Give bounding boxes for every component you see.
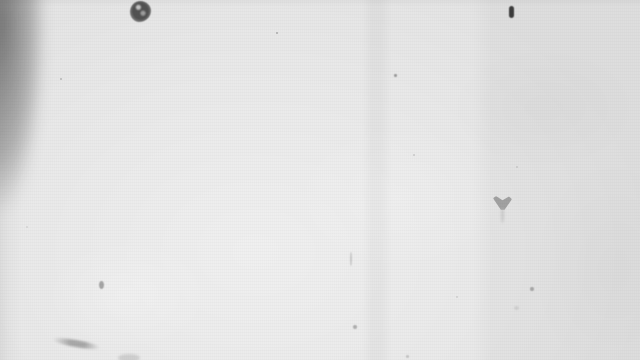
film-frame bbox=[0, 0, 640, 360]
film-grain-overlay bbox=[0, 0, 640, 360]
